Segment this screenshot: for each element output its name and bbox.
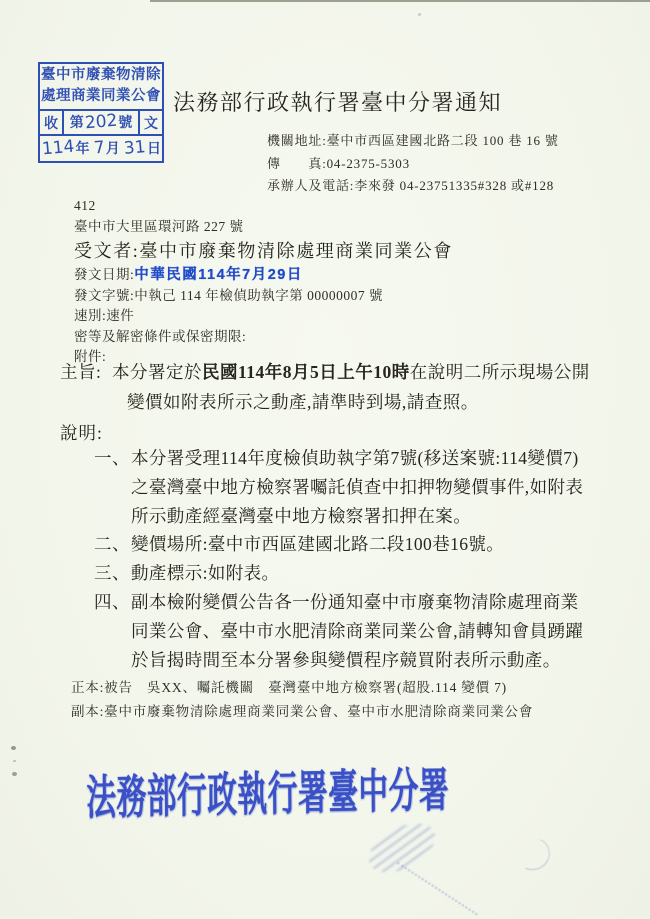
distribution-block: 正本:被告 吳XX、囑託機關 臺灣臺中地方檢察署(超股.114 變價 7) 副本… [71, 676, 533, 724]
zip-code: 412 [74, 196, 453, 217]
scan-speck [11, 746, 16, 750]
receipt-date-stamp: 臺中市廢棄物清除 處理商業同業公會 收 第202號 文 114年 7月 31日 [38, 62, 164, 163]
security-line: 密等及解密條件或保密期限: [74, 327, 453, 348]
explanation-item-4-text: 副本檢附變價公告各一份通知臺中市廢棄物清除處理商業同業公會、臺中市水肥清除商業同… [131, 588, 590, 674]
receipt-stamp-number-cell: 第202號 [62, 111, 140, 134]
agency-address-line: 機關地址:臺中市西區建國北路二段 100 巷 16 號 [267, 130, 559, 153]
receipt-date-day-value: 31 [123, 139, 148, 158]
explanation-item-3-text: 動產標示:如附表。 [131, 559, 590, 588]
explanation-item-4-number: 四、 [94, 588, 131, 674]
distribution-original-line: 正本:被告 吳XX、囑託機關 臺灣臺中地方檢察署(超股.114 變價 7) [71, 676, 533, 700]
scan-edge-artifact [150, 0, 650, 2]
receipt-number-value: 202 [83, 113, 119, 133]
ref-number-line: 發文字號:中執己 114 年檢偵助執字第 00000007 號 [74, 286, 453, 307]
explanation-item-1-number: 一、 [94, 444, 131, 530]
street-address: 臺中市大里區環河路 227 號 [74, 217, 453, 238]
explanation-item-3: 三、 動產標示:如附表。 [94, 559, 590, 588]
explanation-item-4: 四、 副本檢附變價公告各一份通知臺中市廢棄物清除處理商業同業公會、臺中市水肥清除… [94, 588, 590, 674]
scan-speck [13, 760, 16, 762]
agency-fax-line: 傳 真:04-2375-5303 [267, 153, 559, 176]
explanation-item-1: 一、 本分署受理114年度檢偵助執字第7號(移送案號:114變價7)之臺灣臺中地… [94, 444, 590, 530]
scan-speck [12, 772, 17, 776]
receipt-date-month-label: 月 [106, 142, 120, 157]
explanation-item-2-number: 二、 [94, 530, 131, 559]
ink-smudge-arc [512, 833, 555, 875]
agency-seal-stamp: 法務部行政執行署臺中分署 [86, 753, 449, 828]
receipt-number-prefix: 第 [70, 116, 84, 131]
receipt-stamp-org-line2: 處理商業同業公會 [40, 85, 162, 106]
subject-label: 主旨: [60, 357, 112, 417]
distribution-copy-line: 副本:臺中市廢棄物清除處理商業同業公會、臺中市水肥清除商業同業公會 [71, 700, 533, 724]
receipt-stamp-recv-label: 收 [40, 111, 62, 134]
recipient-line: 受文者:臺中市廢棄物清除處理商業同業公會 [74, 238, 453, 264]
receipt-stamp-number-row: 收 第202號 文 [40, 109, 162, 134]
explanation-items: 一、 本分署受理114年度檢偵助執字第7號(移送案號:114變價7)之臺灣臺中地… [94, 444, 590, 674]
receipt-stamp-date-row: 114年 7月 31日 [40, 134, 162, 161]
explanation-item-2: 二、 變價場所:臺中市西區建國北路二段100巷16號。 [94, 530, 590, 559]
scan-speck [418, 13, 421, 16]
agency-contact-block: 機關地址:臺中市西區建國北路二段 100 巷 16 號 傳 真:04-2375-… [267, 130, 559, 198]
explanation-item-2-text: 變價場所:臺中市西區建國北路二段100巷16號。 [131, 530, 590, 559]
receipt-stamp-doc-label: 文 [140, 111, 162, 134]
recipient-meta-block: 412 臺中市大里區環河路 227 號 受文者:臺中市廢棄物清除處理商業同業公會… [74, 196, 453, 368]
explanation-label: 說明: [60, 420, 103, 445]
receipt-date-day-label: 日 [147, 142, 161, 157]
speed-line: 速別:速件 [74, 306, 453, 327]
explanation-item-1-text: 本分署受理114年度檢偵助執字第7號(移送案號:114變價7)之臺灣臺中地方檢察… [131, 444, 590, 530]
ink-smudge [361, 813, 443, 882]
receipt-stamp-org-line1: 臺中市廢棄物清除 [40, 64, 162, 85]
receipt-date-year-value: 114 [40, 139, 76, 159]
issue-date-stamp: 中華民國114年7月29日 [134, 267, 303, 283]
issue-date-line: 發文日期:中華民國114年7月29日 [74, 265, 453, 286]
receipt-date-year-label: 年 [75, 142, 89, 157]
receipt-date-month-value: 7 [92, 139, 106, 157]
receipt-number-suffix: 號 [118, 116, 132, 131]
ink-smudge-trail [397, 862, 478, 915]
subject-text-pre: 本分署定於 [112, 362, 202, 382]
subject-section: 主旨: 本分署定於民國114年8月5日上午10時在說明二所示現場公開變價如附表所… [60, 357, 591, 417]
issue-date-label: 發文日期: [74, 267, 134, 282]
scanned-notice-page: 臺中市廢棄物清除 處理商業同業公會 收 第202號 文 114年 7月 31日 … [0, 0, 650, 919]
subject-text: 本分署定於民國114年8月5日上午10時在說明二所示現場公開變價如附表所示之動產… [112, 357, 591, 417]
explanation-item-3-number: 三、 [94, 559, 131, 588]
agency-contact-line: 承辦人及電話:李來發 04-23751335#328 或#128 [267, 175, 559, 198]
subject-datetime-bold: 民國114年8月5日上午10時 [202, 362, 410, 382]
document-title: 法務部行政執行署臺中分署通知 [173, 86, 502, 117]
